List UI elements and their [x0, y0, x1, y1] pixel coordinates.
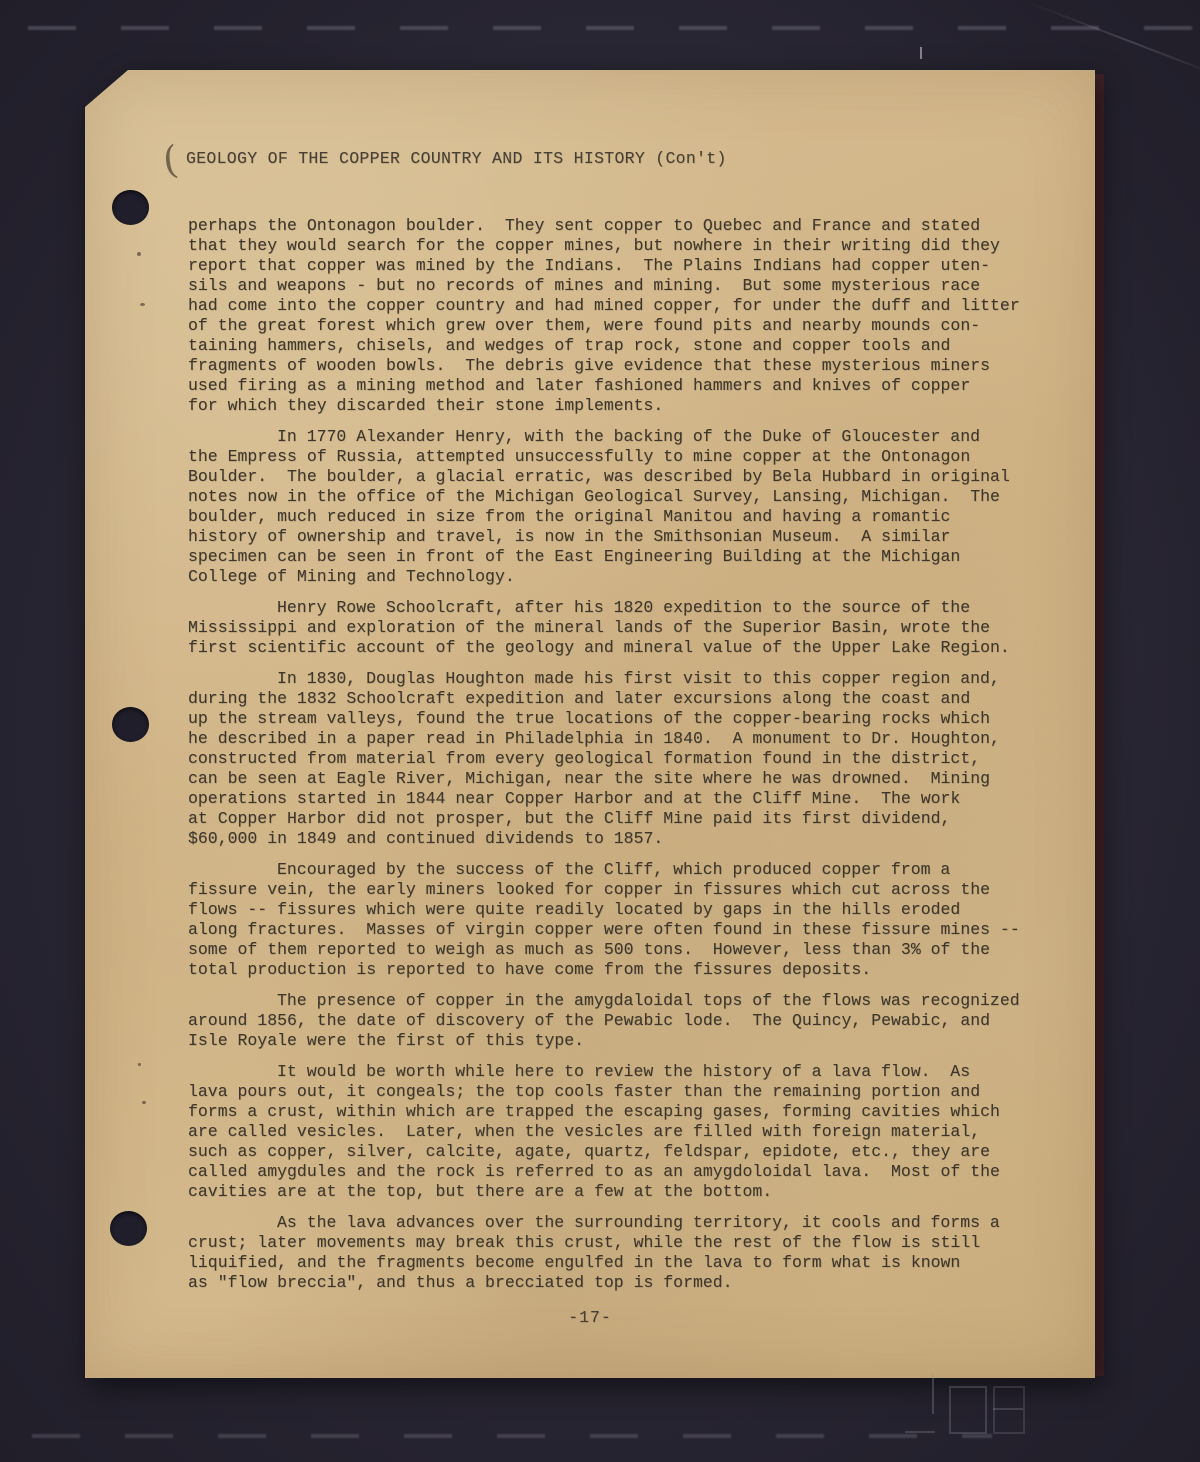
paragraph: In 1830, Douglas Houghton made his first…	[188, 669, 1078, 849]
paragraph: As the lava advances over the surroundin…	[188, 1213, 1078, 1293]
registration-line	[905, 1431, 935, 1433]
page-title: GEOLOGY OF THE COPPER COUNTRY AND ITS HI…	[186, 150, 727, 168]
handwritten-paren-mark: (	[160, 137, 180, 182]
registration-box	[993, 1386, 1025, 1434]
ink-speck	[138, 1063, 141, 1066]
ink-speck	[142, 1101, 146, 1104]
document-page-wrap: ( GEOLOGY OF THE COPPER COUNTRY AND ITS …	[85, 70, 1095, 1378]
registration-line	[932, 1374, 934, 1414]
paragraph: It would be worth while here to review t…	[188, 1062, 1078, 1202]
registration-box	[949, 1386, 987, 1434]
film-edge-marks-top	[28, 26, 1200, 30]
scan-background: { "document": { "title": "GEOLOGY OF THE…	[0, 0, 1200, 1462]
paragraph: Henry Rowe Schoolcraft, after his 1820 e…	[188, 598, 1078, 658]
hole-punch-middle	[112, 707, 149, 742]
film-registration-marks	[905, 1372, 1040, 1438]
paragraph: The presence of copper in the amygdaloid…	[188, 991, 1078, 1051]
document-page: ( GEOLOGY OF THE COPPER COUNTRY AND ITS …	[85, 70, 1095, 1378]
registration-line	[993, 1408, 1023, 1410]
film-tick-mark	[920, 47, 922, 59]
paragraph: In 1770 Alexander Henry, with the backin…	[188, 427, 1078, 587]
paragraph: Encouraged by the success of the Cliff, …	[188, 860, 1078, 980]
film-edge-marks-bottom	[32, 1434, 992, 1438]
hole-punch-bottom	[110, 1211, 147, 1246]
ink-speck	[137, 252, 141, 256]
paragraph: perhaps the Ontonagon boulder. They sent…	[188, 216, 1078, 416]
ink-speck	[140, 303, 145, 306]
hole-punch-top	[112, 190, 149, 225]
page-number: -17-	[85, 1308, 1095, 1327]
document-body: perhaps the Ontonagon boulder. They sent…	[188, 216, 1078, 1304]
